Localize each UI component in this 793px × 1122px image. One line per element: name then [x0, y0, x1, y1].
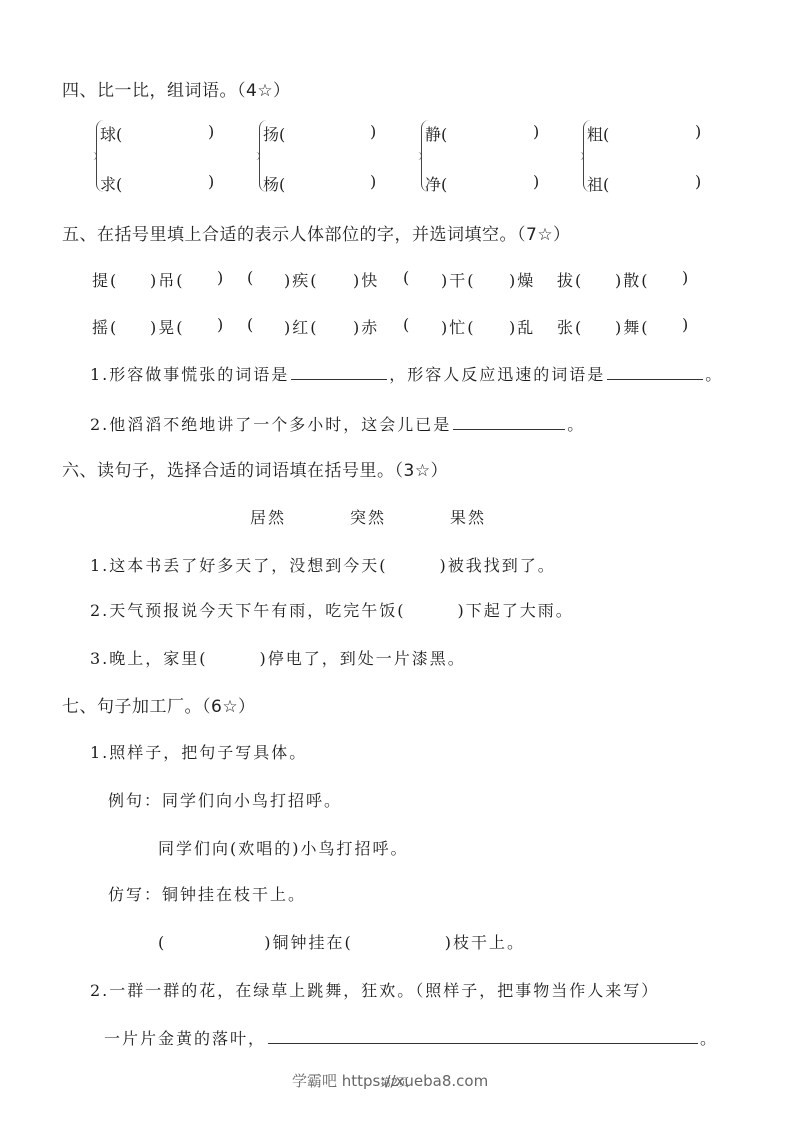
- pair-top-char: 静(: [425, 122, 447, 145]
- idiom-fragment: )忙(: [441, 315, 476, 338]
- pair-bottom-char: 祖(: [587, 172, 609, 195]
- pair-top-char: 球(: [100, 122, 122, 145]
- period: 。: [567, 415, 585, 434]
- question-text: )停电了，到处一片漆黑。: [260, 649, 466, 668]
- idiom-fragment: )吊(: [150, 268, 185, 291]
- answer-blank-close[interactable]: ): [370, 122, 376, 141]
- pair-bottom-char: 杨(: [263, 172, 285, 195]
- idiom-fragment: )疾(: [284, 268, 319, 291]
- section-5-title: 五、在括号里填上合适的表示人体部位的字，并选词填空。（7☆）: [62, 220, 571, 245]
- idiom-fragment: 提(: [92, 268, 118, 291]
- pair-top-char: 扬(: [263, 122, 285, 145]
- prompt-text: 一片片金黄的落叶，: [104, 1029, 266, 1048]
- answer-blank-close[interactable]: ): [533, 122, 539, 141]
- answer-blank-close[interactable]: ): [208, 122, 214, 141]
- answer-line[interactable]: [268, 1042, 698, 1044]
- idiom-fragment: (: [403, 268, 411, 287]
- question-7-1: 1.照样子，把句子写具体。: [90, 740, 307, 763]
- question-text: 2.天气预报说今天下午有雨，吃完午饭(: [90, 601, 406, 620]
- answer-line[interactable]: [291, 378, 387, 380]
- answer-blank-close[interactable]: ): [533, 172, 539, 191]
- idiom-fragment: 摇(: [92, 315, 118, 338]
- question-6-1: 1.这本书丢了好多天了，没想到今天()被我找到了。: [90, 553, 556, 576]
- idiom-fragment: )晃(: [150, 315, 185, 338]
- pair-bottom-char: 净(: [425, 172, 447, 195]
- idiom-fragment: 张(: [557, 315, 583, 338]
- paren-open: (: [158, 933, 166, 952]
- imitate-sentence: 仿写：铜钟挂在枝干上。: [108, 882, 306, 905]
- answer-blank-close[interactable]: ): [208, 172, 214, 191]
- question-text: 3.晚上，家里(: [90, 649, 208, 668]
- idiom-fragment: )赤: [353, 315, 379, 338]
- answer-blank-close[interactable]: ): [695, 172, 701, 191]
- watermark: 学霸吧 https://xueba8.com: [292, 1070, 488, 1091]
- section-6-title: 六、读句子，选择合适的词语填在括号里。（3☆）: [62, 456, 448, 481]
- section-4-title: 四、比一比，组词语。（4☆）: [62, 76, 291, 101]
- question-text: )下起了大雨。: [458, 601, 574, 620]
- question-text: 1.形容做事慌张的词语是: [90, 365, 289, 384]
- answer-line[interactable]: [453, 428, 565, 430]
- option-word: 居然: [250, 505, 286, 528]
- answer-blank-close[interactable]: ): [370, 172, 376, 191]
- idiom-fragment: )乱: [509, 315, 535, 338]
- question-7-2: 2.一群一群的花，在绿草上跳舞，狂欢。（照样子，把事物当作人来写）: [90, 978, 659, 1001]
- pair-top-char: 粗(: [587, 122, 609, 145]
- example-expanded: 同学们向(欢唱的)小鸟打招呼。: [158, 836, 409, 859]
- answer-line[interactable]: [607, 378, 703, 380]
- sentence-fragment: )铜钟挂在(: [264, 933, 353, 952]
- idiom-fragment: )红(: [284, 315, 319, 338]
- period: 。: [700, 1029, 718, 1048]
- idiom-fragment: )快: [353, 268, 379, 291]
- idiom-fragment: ): [682, 268, 690, 287]
- question-text: ，形容人反应迅速的词语是: [389, 365, 605, 384]
- option-word: 突然: [350, 505, 386, 528]
- idiom-fragment: (: [403, 315, 411, 334]
- question-text: 1.这本书丢了好多天了，没想到今天(: [90, 556, 388, 575]
- idiom-fragment: (: [247, 315, 255, 334]
- question-6-3: 3.晚上，家里()停电了，到处一片漆黑。: [90, 646, 466, 669]
- section-7-title: 七、句子加工厂。（6☆）: [62, 692, 256, 717]
- answer-blank-close[interactable]: ): [695, 122, 701, 141]
- pair-bottom-char: 求(: [100, 172, 122, 195]
- idiom-fragment: )燥: [509, 268, 535, 291]
- question-text: 2.他滔滔不绝地讲了一个多小时，这会儿已是: [90, 415, 451, 434]
- idiom-fragment: )散(: [615, 268, 650, 291]
- idiom-fragment: 拔(: [557, 268, 583, 291]
- imitate-answer: ()铜钟挂在()枝干上。: [158, 930, 525, 953]
- question-6-2: 2.天气预报说今天下午有雨，吃完午饭()下起了大雨。: [90, 598, 574, 621]
- period: 。: [705, 365, 723, 384]
- example-sentence: 例句：同学们向小鸟打招呼。: [108, 788, 342, 811]
- question-text: )被我找到了。: [440, 556, 556, 575]
- question-7-2-answer: 一片片金黄的落叶，。: [104, 1026, 718, 1049]
- idiom-fragment: ): [682, 315, 690, 334]
- option-word: 果然: [450, 505, 486, 528]
- idiom-fragment: ): [217, 315, 225, 334]
- idiom-fragment: )舞(: [615, 315, 650, 338]
- idiom-fragment: (: [247, 268, 255, 287]
- question-5-2: 2.他滔滔不绝地讲了一个多小时，这会儿已是。: [90, 412, 585, 435]
- question-5-1: 1.形容做事慌张的词语是，形容人反应迅速的词语是。: [90, 362, 723, 385]
- idiom-fragment: ): [217, 268, 225, 287]
- sentence-fragment: )枝干上。: [445, 933, 525, 952]
- idiom-fragment: )干(: [441, 268, 476, 291]
